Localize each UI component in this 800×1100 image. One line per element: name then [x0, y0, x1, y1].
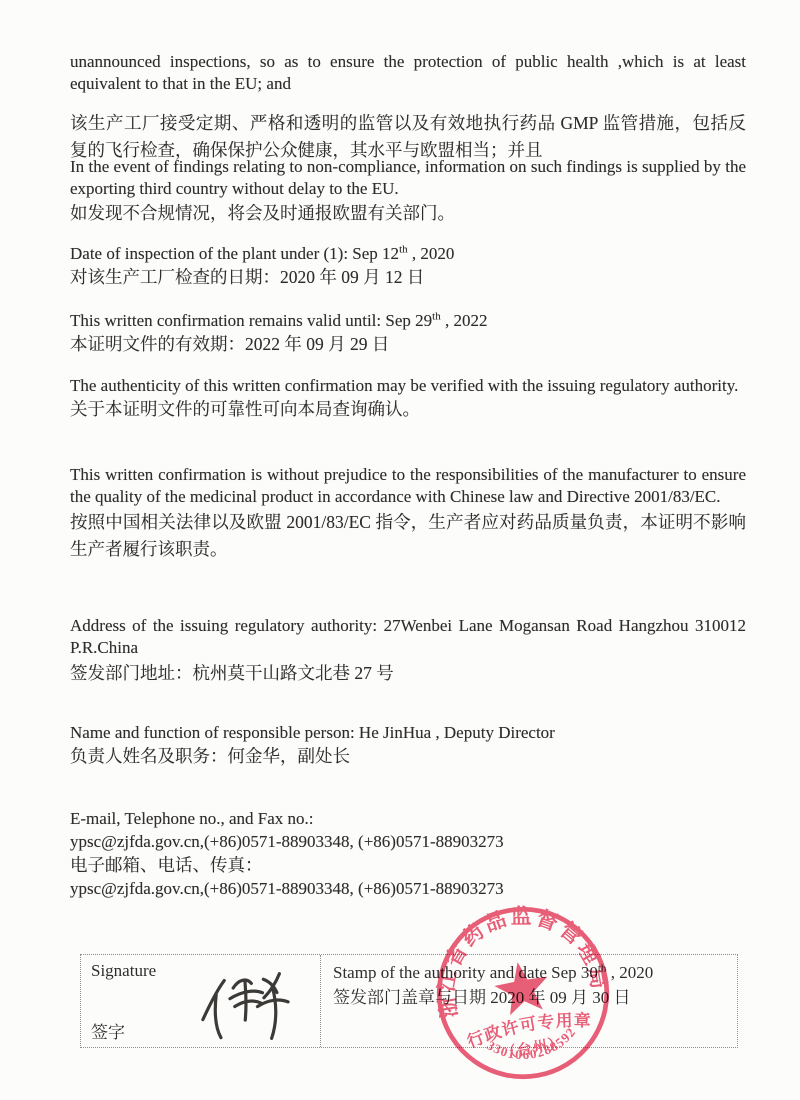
- paragraph-noncompliance-zh: 如发现不合规情况，将会及时通报欧盟有关部门。: [70, 201, 746, 225]
- inspection-date-en: Date of inspection of the plant under (1…: [70, 243, 746, 265]
- prejudice-block: This written confirmation is without pre…: [70, 464, 746, 563]
- validity-en: This written confirmation remains valid …: [70, 310, 746, 332]
- contact-label-en: E-mail, Telephone no., and Fax no.:: [70, 807, 746, 830]
- address-zh: 签发部门地址：杭州莫干山路文北巷 27 号: [70, 661, 746, 685]
- responsible-person-en: Name and function of responsible person:…: [70, 722, 746, 744]
- address-en: Address of the issuing regulatory author…: [70, 615, 746, 659]
- paragraph-unannounced-inspections-en: unannounced inspections, so as to ensure…: [70, 51, 746, 95]
- inspection-date-block: Date of inspection of the plant under (1…: [70, 243, 746, 289]
- authenticity-zh: 关于本证明文件的可靠性可向本局查询确认。: [70, 397, 746, 421]
- contact-value-line2: ypsc@zjfda.gov.cn,(+86)0571-88903348, (+…: [70, 877, 746, 900]
- paragraph-noncompliance-en: In the event of findings relating to non…: [70, 156, 746, 200]
- prejudice-zh: 按照中国相关法律以及欧盟 2001/83/EC 指令，生产者应对药品质量负责，本…: [70, 509, 746, 563]
- contact-label-zh: 电子邮箱、电话、传真：: [70, 853, 746, 877]
- validity-block: This written confirmation remains valid …: [70, 310, 746, 356]
- scanned-document-page: unannounced inspections, so as to ensure…: [0, 0, 800, 1100]
- validity-ordinal: th: [432, 310, 441, 322]
- prejudice-en: This written confirmation is without pre…: [70, 464, 746, 508]
- authenticity-en: The authenticity of this written confirm…: [70, 375, 746, 397]
- signature-label-zh: 签字: [91, 1018, 125, 1043]
- responsible-person-block: Name and function of responsible person:…: [70, 722, 746, 768]
- validity-year: , 2022: [441, 311, 488, 330]
- seal-star-icon: [491, 957, 553, 1017]
- address-block: Address of the issuing regulatory author…: [70, 615, 746, 685]
- inspection-date-ordinal: th: [399, 243, 408, 255]
- stamp-label-year: , 2020: [606, 963, 653, 982]
- signature-cell: Signature 签字: [81, 955, 321, 1047]
- inspection-date-zh: 对该生产工厂检查的日期：2020 年 09 月 12 日: [70, 265, 746, 289]
- inspection-date-text: Date of inspection of the plant under (1…: [70, 244, 399, 263]
- validity-text: This written confirmation remains valid …: [70, 311, 432, 330]
- contact-value-line1: ypsc@zjfda.gov.cn,(+86)0571-88903348, (+…: [70, 830, 746, 853]
- paragraph-noncompliance: In the event of findings relating to non…: [70, 156, 746, 225]
- signature-handwriting: [186, 967, 296, 1048]
- responsible-person-zh: 负责人姓名及职务：何金华，副处长: [70, 744, 746, 768]
- official-red-seal: 浙江省药品监督管理局 行政许可专用章 （台州） 3301060288592: [420, 890, 626, 1096]
- validity-zh: 本证明文件的有效期：2022 年 09 月 29 日: [70, 332, 746, 356]
- inspection-date-year: , 2020: [408, 244, 455, 263]
- authenticity-block: The authenticity of this written confirm…: [70, 375, 746, 421]
- contact-block: E-mail, Telephone no., and Fax no.: ypsc…: [70, 807, 746, 900]
- signature-stamp-table: Signature 签字 Stamp of the authority and …: [80, 954, 738, 1048]
